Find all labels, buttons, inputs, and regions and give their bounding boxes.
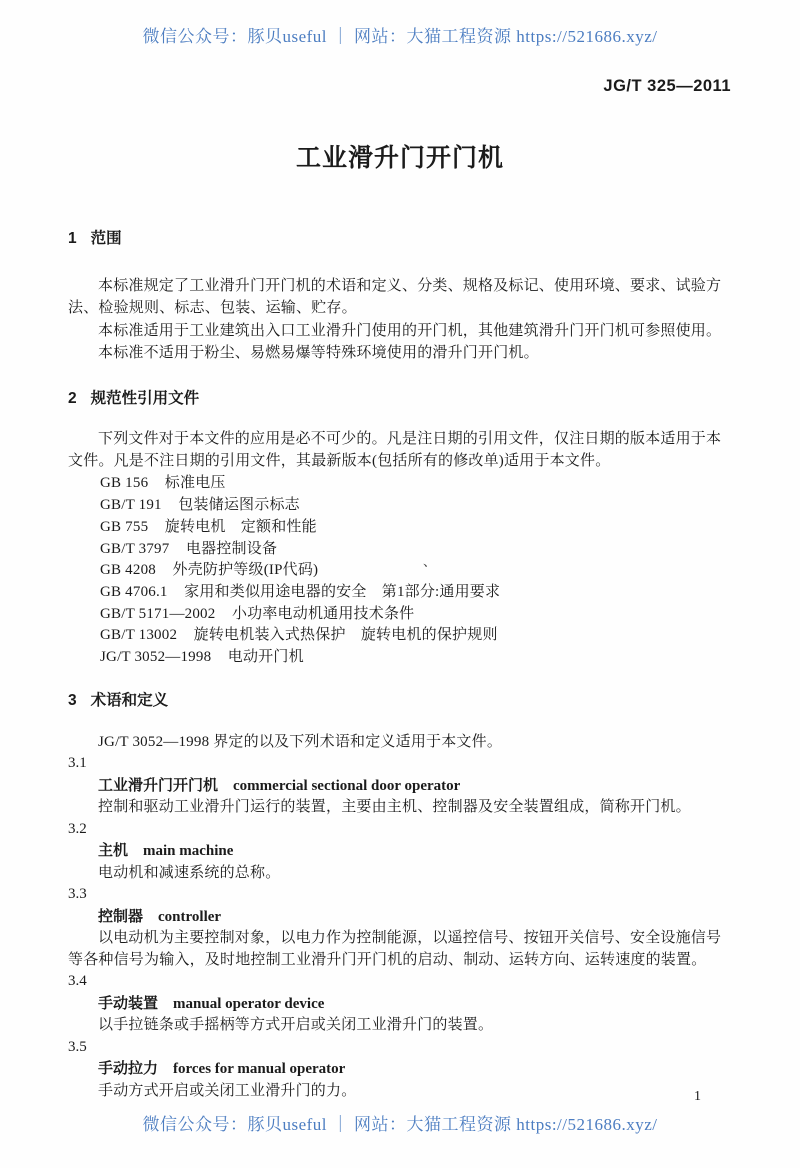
term-name-en: controller [158, 909, 221, 925]
reference-title: 旋转电机 定额和性能 [165, 519, 317, 535]
term-name: 主机main machine [98, 840, 732, 863]
bottom-watermark: 微信公众号：豚贝useful ｜ 网站：大猫工程资源 https://52168… [0, 1110, 800, 1135]
term-name-en: manual operator device [173, 996, 324, 1012]
reference-list: GB 156标准电压 GB/T 191包装储运图示标志 GB 755旋转电机 定… [68, 473, 732, 668]
reference-code: JG/T 3052—1998 [100, 649, 211, 665]
references-intro: 下列文件对于本文件的应用是必不可少的。凡是注日期的引用文件，仅注日期的版本适用于… [68, 428, 732, 473]
reference-title: 电动开门机 [228, 649, 304, 665]
paragraph: 本标准适用于工业建筑出入口工业滑升门使用的开门机，其他建筑滑升门开门机可参照使用… [68, 320, 732, 342]
terms-intro: JG/T 3052—1998 界定的以及下列术语和定义适用于本文件。 [68, 731, 732, 753]
reference-item: GB/T 5171—2002小功率电动机通用技术条件 [100, 604, 732, 626]
page-title: 工业滑升门开门机 [68, 140, 732, 176]
term-name-en: commercial sectional door operator [233, 778, 460, 794]
standard-number: JG/T 325—2011 [603, 77, 731, 96]
scan-artifact-mark: 、 [423, 551, 436, 570]
reference-code: GB/T 191 [100, 497, 162, 513]
section-heading-references: 2规范性引用文件 [68, 388, 732, 410]
reference-item: GB 156标准电压 [100, 473, 732, 495]
term-name-en: main machine [143, 843, 233, 859]
term-definition: 控制和驱动工业滑升门运行的装置，主要由主机、控制器及安全装置组成，简称开门机。 [68, 797, 732, 819]
term-number: 3.5 [68, 1037, 732, 1059]
reference-code: GB/T 13002 [100, 627, 177, 643]
term-definition: 以电动机为主要控制对象，以电力作为控制能源，以遥控信号、按钮开关信号、安全设施信… [68, 928, 732, 971]
term-definition: 电动机和减速系统的总称。 [68, 863, 732, 885]
reference-item: JG/T 3052—1998电动开门机 [100, 647, 732, 669]
term-definition: 以手拉链条或手摇柄等方式开启或关闭工业滑升门的装置。 [68, 1015, 732, 1037]
reference-title: 包装储运图示标志 [178, 497, 300, 513]
top-watermark: 微信公众号：豚贝useful ｜ 网站：大猫工程资源 https://52168… [0, 22, 800, 47]
term-name-en: forces for manual operator [173, 1061, 345, 1077]
term-name-zh: 手动装置 [98, 995, 158, 1012]
reference-title: 外壳防护等级(IP代码) [173, 562, 319, 578]
term-name: 手动装置manual operator device [98, 993, 732, 1016]
reference-code: GB 4706.1 [100, 584, 168, 600]
reference-code: GB 755 [100, 519, 148, 535]
section-heading-scope: 1范围 [68, 228, 732, 250]
reference-item: GB 4706.1家用和类似用途电器的安全 第1部分:通用要求 [100, 582, 732, 604]
term-name: 工业滑升门开门机commercial sectional door operat… [98, 775, 732, 798]
reference-title: 电器控制设备 [186, 541, 277, 557]
section-number: 3 [68, 692, 77, 709]
term-number: 3.3 [68, 884, 732, 906]
section-heading-terms: 3术语和定义 [68, 690, 732, 712]
page-number: 1 [694, 1089, 701, 1105]
term-name-zh: 工业滑升门开门机 [98, 777, 218, 794]
term-name-zh: 控制器 [98, 908, 143, 925]
reference-item: GB/T 13002旋转电机装入式热保护 旋转电机的保护规则 [100, 625, 732, 647]
term-name-zh: 主机 [98, 842, 128, 859]
section-number: 1 [68, 230, 77, 247]
term-name: 手动拉力forces for manual operator [98, 1058, 732, 1081]
reference-title: 家用和类似用途电器的安全 第1部分:通用要求 [184, 584, 500, 600]
reference-code: GB/T 5171—2002 [100, 606, 215, 622]
reference-code: GB 156 [100, 475, 148, 491]
paragraph: 本标准不适用于粉尘、易燃易爆等特殊环境使用的滑升门开门机。 [68, 342, 732, 364]
reference-item: GB 755旋转电机 定额和性能 [100, 517, 732, 539]
reference-code: GB/T 3797 [100, 541, 169, 557]
term-number: 3.4 [68, 971, 732, 993]
reference-item: GB 4208外壳防护等级(IP代码) [100, 560, 732, 582]
section-title: 术语和定义 [91, 692, 169, 709]
term-number: 3.2 [68, 819, 732, 841]
term-name-zh: 手动拉力 [98, 1060, 158, 1077]
reference-title: 小功率电动机通用技术条件 [232, 606, 414, 622]
term-name: 控制器controller [98, 906, 732, 929]
page-content: 工业滑升门开门机 1范围 本标准规定了工业滑升门开门机的术语和定义、分类、规格及… [68, 140, 732, 1102]
document-page: 微信公众号：豚贝useful ｜ 网站：大猫工程资源 https://52168… [0, 0, 800, 1168]
reference-code: GB 4208 [100, 562, 156, 578]
paragraph: 本标准规定了工业滑升门开门机的术语和定义、分类、规格及标记、使用环境、要求、试验… [68, 275, 732, 320]
terms-list: 3.1 工业滑升门开门机commercial sectional door op… [68, 753, 732, 1102]
section-title: 规范性引用文件 [91, 390, 200, 407]
scope-paragraphs: 本标准规定了工业滑升门开门机的术语和定义、分类、规格及标记、使用环境、要求、试验… [68, 275, 732, 365]
term-definition: 手动方式开启或关闭工业滑升门的力。 [68, 1081, 732, 1103]
section-number: 2 [68, 390, 77, 407]
reference-item: GB/T 191包装储运图示标志 [100, 495, 732, 517]
term-number: 3.1 [68, 753, 732, 775]
reference-item: GB/T 3797电器控制设备 [100, 539, 732, 561]
reference-title: 标准电压 [165, 475, 226, 491]
reference-title: 旋转电机装入式热保护 旋转电机的保护规则 [194, 627, 498, 643]
section-title: 范围 [91, 230, 122, 247]
